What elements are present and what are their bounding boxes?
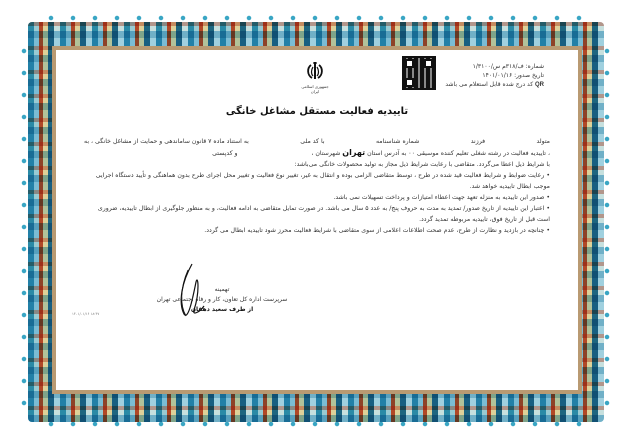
postal-code-label: و کدپستی xyxy=(212,150,237,157)
issue-date: تاریخ صدور: ۱۴۰۱/۰۱/۱۶ xyxy=(424,71,544,80)
law-reference: به استناد ماده ۷ قانون ساماندهی و حمایت … xyxy=(84,136,249,147)
county-label: شهرستان ، xyxy=(311,150,340,157)
certificate-paper: شماره: ف/۳۱۸م س/۱/۳۱۰۰ تاریخ صدور: ۱۴۰۱/… xyxy=(56,50,578,390)
id-number-label: شماره شناسنامه xyxy=(376,136,419,147)
condition-item: رعایت ضوابط و شرایط فعالیت قید شده در طر… xyxy=(84,170,550,181)
qr-note-text: کد درج شده قابل استعلام می باشد xyxy=(445,81,533,88)
document-number: شماره: ف/۳۱۸م س/۱/۳۱۰۰ xyxy=(424,62,544,71)
qr-code-icon xyxy=(402,56,436,90)
activity-line: ، تاییدیه فعالیت در رشته شغلی تعلیم کنند… xyxy=(84,147,550,159)
applicant-line: به استناد ماده ۷ قانون ساماندهی و حمایت … xyxy=(84,136,550,147)
signature-block: تهمینه سرپرست اداره کل تعاون، کار و رفاه… xyxy=(142,285,302,315)
condition-item: صدور این تاییدیه به منزله تعهد جهت اعطاء… xyxy=(84,192,550,203)
condition-item: چنانچه در بازدید و نظارت از طرح، عدم صحت… xyxy=(84,225,550,236)
stamp-date: ۱۴۰۱/۰۱/۱۶ ۱۸:۴۷ xyxy=(72,312,99,316)
activity-text: ، تاییدیه فعالیت در رشته شغلی تعلیم کنند… xyxy=(367,150,550,157)
condition-item: اعتبار این تاییدیه از تاریخ صدور/ تمدید … xyxy=(84,203,550,214)
qr-note: QR کد درج شده قابل استعلام می باشد xyxy=(424,80,544,90)
page-title: تاییدیه فعالیت مستقل مشاغل خانگی xyxy=(56,106,578,117)
border-ornament-right xyxy=(603,40,611,410)
conditions-intro: با شرایط ذیل اعطا می‌گردد. متقاضی با رعا… xyxy=(84,159,550,170)
document-meta: شماره: ف/۳۱۸م س/۱/۳۱۰۰ تاریخ صدور: ۱۴۰۱/… xyxy=(424,62,544,90)
emblem-caption: جمهوری اسلامی ایران xyxy=(300,84,330,94)
qr-label: QR xyxy=(535,82,544,88)
condition-item-continued: است قبل از تاریخ فوق، تاییدیه مربوطه تمد… xyxy=(84,214,550,225)
national-code-label: با کد ملی xyxy=(300,136,324,147)
iran-emblem-icon xyxy=(304,60,326,82)
signer-position: سرپرست اداره کل تعاون، کار و رفاه اجتماع… xyxy=(142,295,302,305)
emblem: جمهوری اسلامی ایران xyxy=(300,60,330,90)
child-of-label: فرزند xyxy=(471,136,485,147)
on-behalf-of: از طرف سعید دهقان xyxy=(142,305,302,315)
border-ornament-top xyxy=(40,14,592,22)
condition-item-continued: موجب ابطال تاییدیه خواهد شد. xyxy=(84,181,550,192)
born-label: متولد xyxy=(536,136,550,147)
signer-name: تهمینه xyxy=(142,285,302,295)
border-ornament-left xyxy=(20,40,28,410)
province-value: تهران xyxy=(342,148,365,157)
certificate-body: به استناد ماده ۷ قانون ساماندهی و حمایت … xyxy=(84,136,550,236)
